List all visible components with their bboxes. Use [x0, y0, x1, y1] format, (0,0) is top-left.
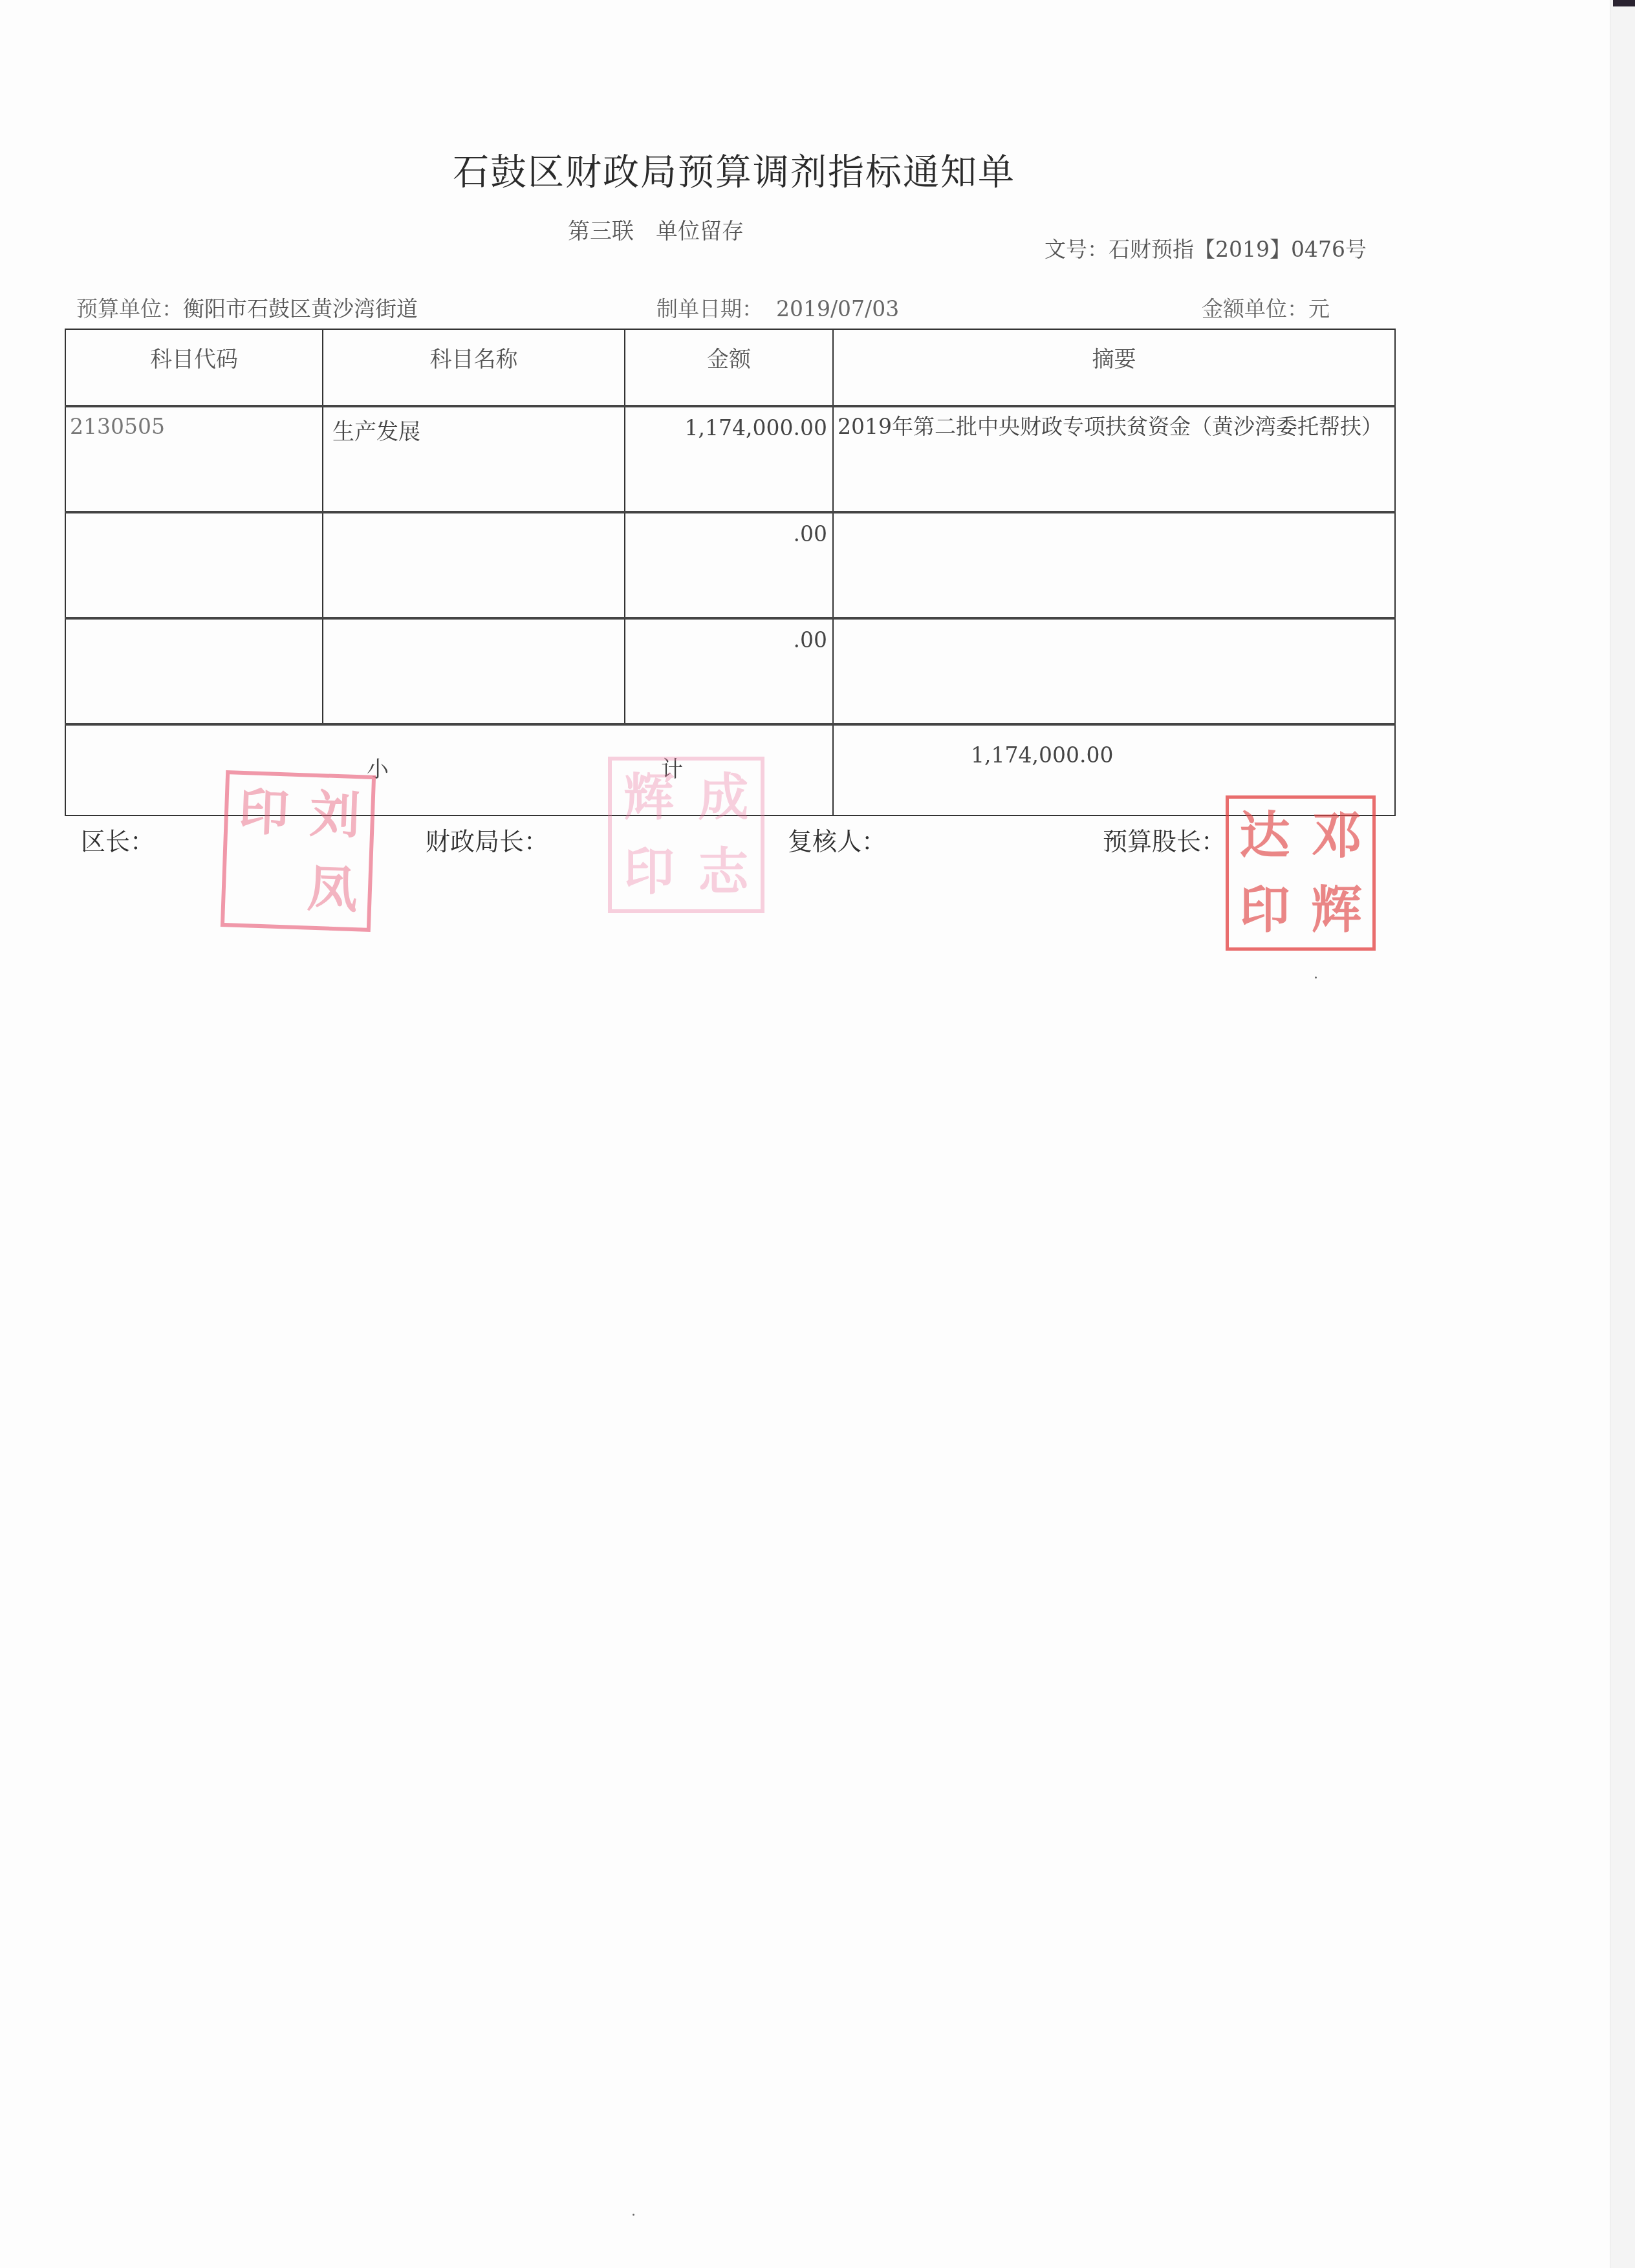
cell-summary [833, 618, 1395, 724]
stamp-char: 志 [686, 847, 761, 898]
document-title: 石鼓区财政局预算调剂指标通知单 [0, 144, 1468, 195]
cell-code: 2130505 [65, 406, 323, 512]
currency-label: 金额单位： [1202, 296, 1308, 321]
seal-stamp-district-head: 印 刘 凤 [221, 770, 376, 932]
cell-name: 生产发展 [323, 406, 625, 512]
table-header: 科目代码 科目名称 金额 摘要 [65, 329, 1395, 406]
signature-budget-section-head: 预算股长： [1103, 821, 1226, 857]
cell-amount: .00 [625, 618, 833, 724]
stamp-char: 辉 [612, 773, 686, 823]
budget-unit: 预算单位：衡阳市石鼓区黄沙湾街道 [76, 292, 455, 323]
stamp-char: 凤 [296, 863, 369, 916]
budget-table: 科目代码 科目名称 金额 摘要 2130505 生产发展 1,174,000.0… [65, 329, 1396, 816]
doc-number: 文号：石财预指【2019】0476号 [1045, 233, 1367, 263]
stamp-char: 辉 [1301, 885, 1372, 936]
scan-speck [1315, 977, 1317, 978]
table-row: .00 [65, 618, 1395, 724]
stamp-char: 邓 [1301, 811, 1372, 861]
cell-code [65, 512, 323, 618]
header-amount: 金额 [625, 329, 833, 406]
stamp-char [226, 886, 297, 889]
scan-speck [633, 2214, 634, 2216]
date-value: 2019/07/03 [776, 296, 899, 321]
header-name: 科目名称 [323, 329, 625, 406]
scan-edge [1610, 0, 1635, 2268]
date-label: 制单日期： [656, 296, 763, 321]
scan-mark [1613, 0, 1635, 6]
header-summary: 摘要 [833, 329, 1395, 406]
date-field: 制单日期：2019/07/03 [656, 292, 899, 323]
stamp-char: 印 [1229, 885, 1301, 936]
stamp-char: 达 [1229, 811, 1301, 861]
seal-stamp-finance-director: 辉 成 印 志 [608, 757, 764, 913]
signature-finance-director: 财政局长： [426, 821, 548, 857]
cell-amount: 1,174,000.00 [625, 406, 833, 512]
cell-name [323, 512, 625, 618]
cell-name [323, 618, 625, 724]
cell-summary [833, 512, 1395, 618]
signature-reviewer: 复核人： [788, 821, 886, 857]
stamp-char: 印 [228, 786, 301, 839]
budget-unit-label: 预算单位： [76, 296, 183, 321]
seal-stamp-budget-head: 达 邓 印 辉 [1226, 795, 1376, 951]
table-row: 2130505 生产发展 1,174,000.00 2019年第二批中央财政专项… [65, 406, 1395, 512]
header-code: 科目代码 [65, 329, 323, 406]
cell-summary: 2019年第二批中央财政专项扶贫资金（黄沙湾委托帮扶） [833, 406, 1395, 512]
cell-code [65, 618, 323, 724]
copy-label: 第三联 单位留存 [568, 213, 744, 245]
budget-unit-value: 衡阳市石鼓区黄沙湾街道 [183, 292, 455, 323]
table-row: .00 [65, 512, 1395, 618]
currency-value: 元 [1308, 296, 1330, 321]
stamp-char: 刘 [299, 789, 372, 842]
stamp-char: 成 [686, 773, 761, 823]
signature-district-head: 区长： [81, 821, 155, 857]
cell-amount: .00 [625, 512, 833, 618]
currency-field: 金额单位：元 [1202, 292, 1330, 323]
stamp-char: 印 [612, 847, 686, 898]
